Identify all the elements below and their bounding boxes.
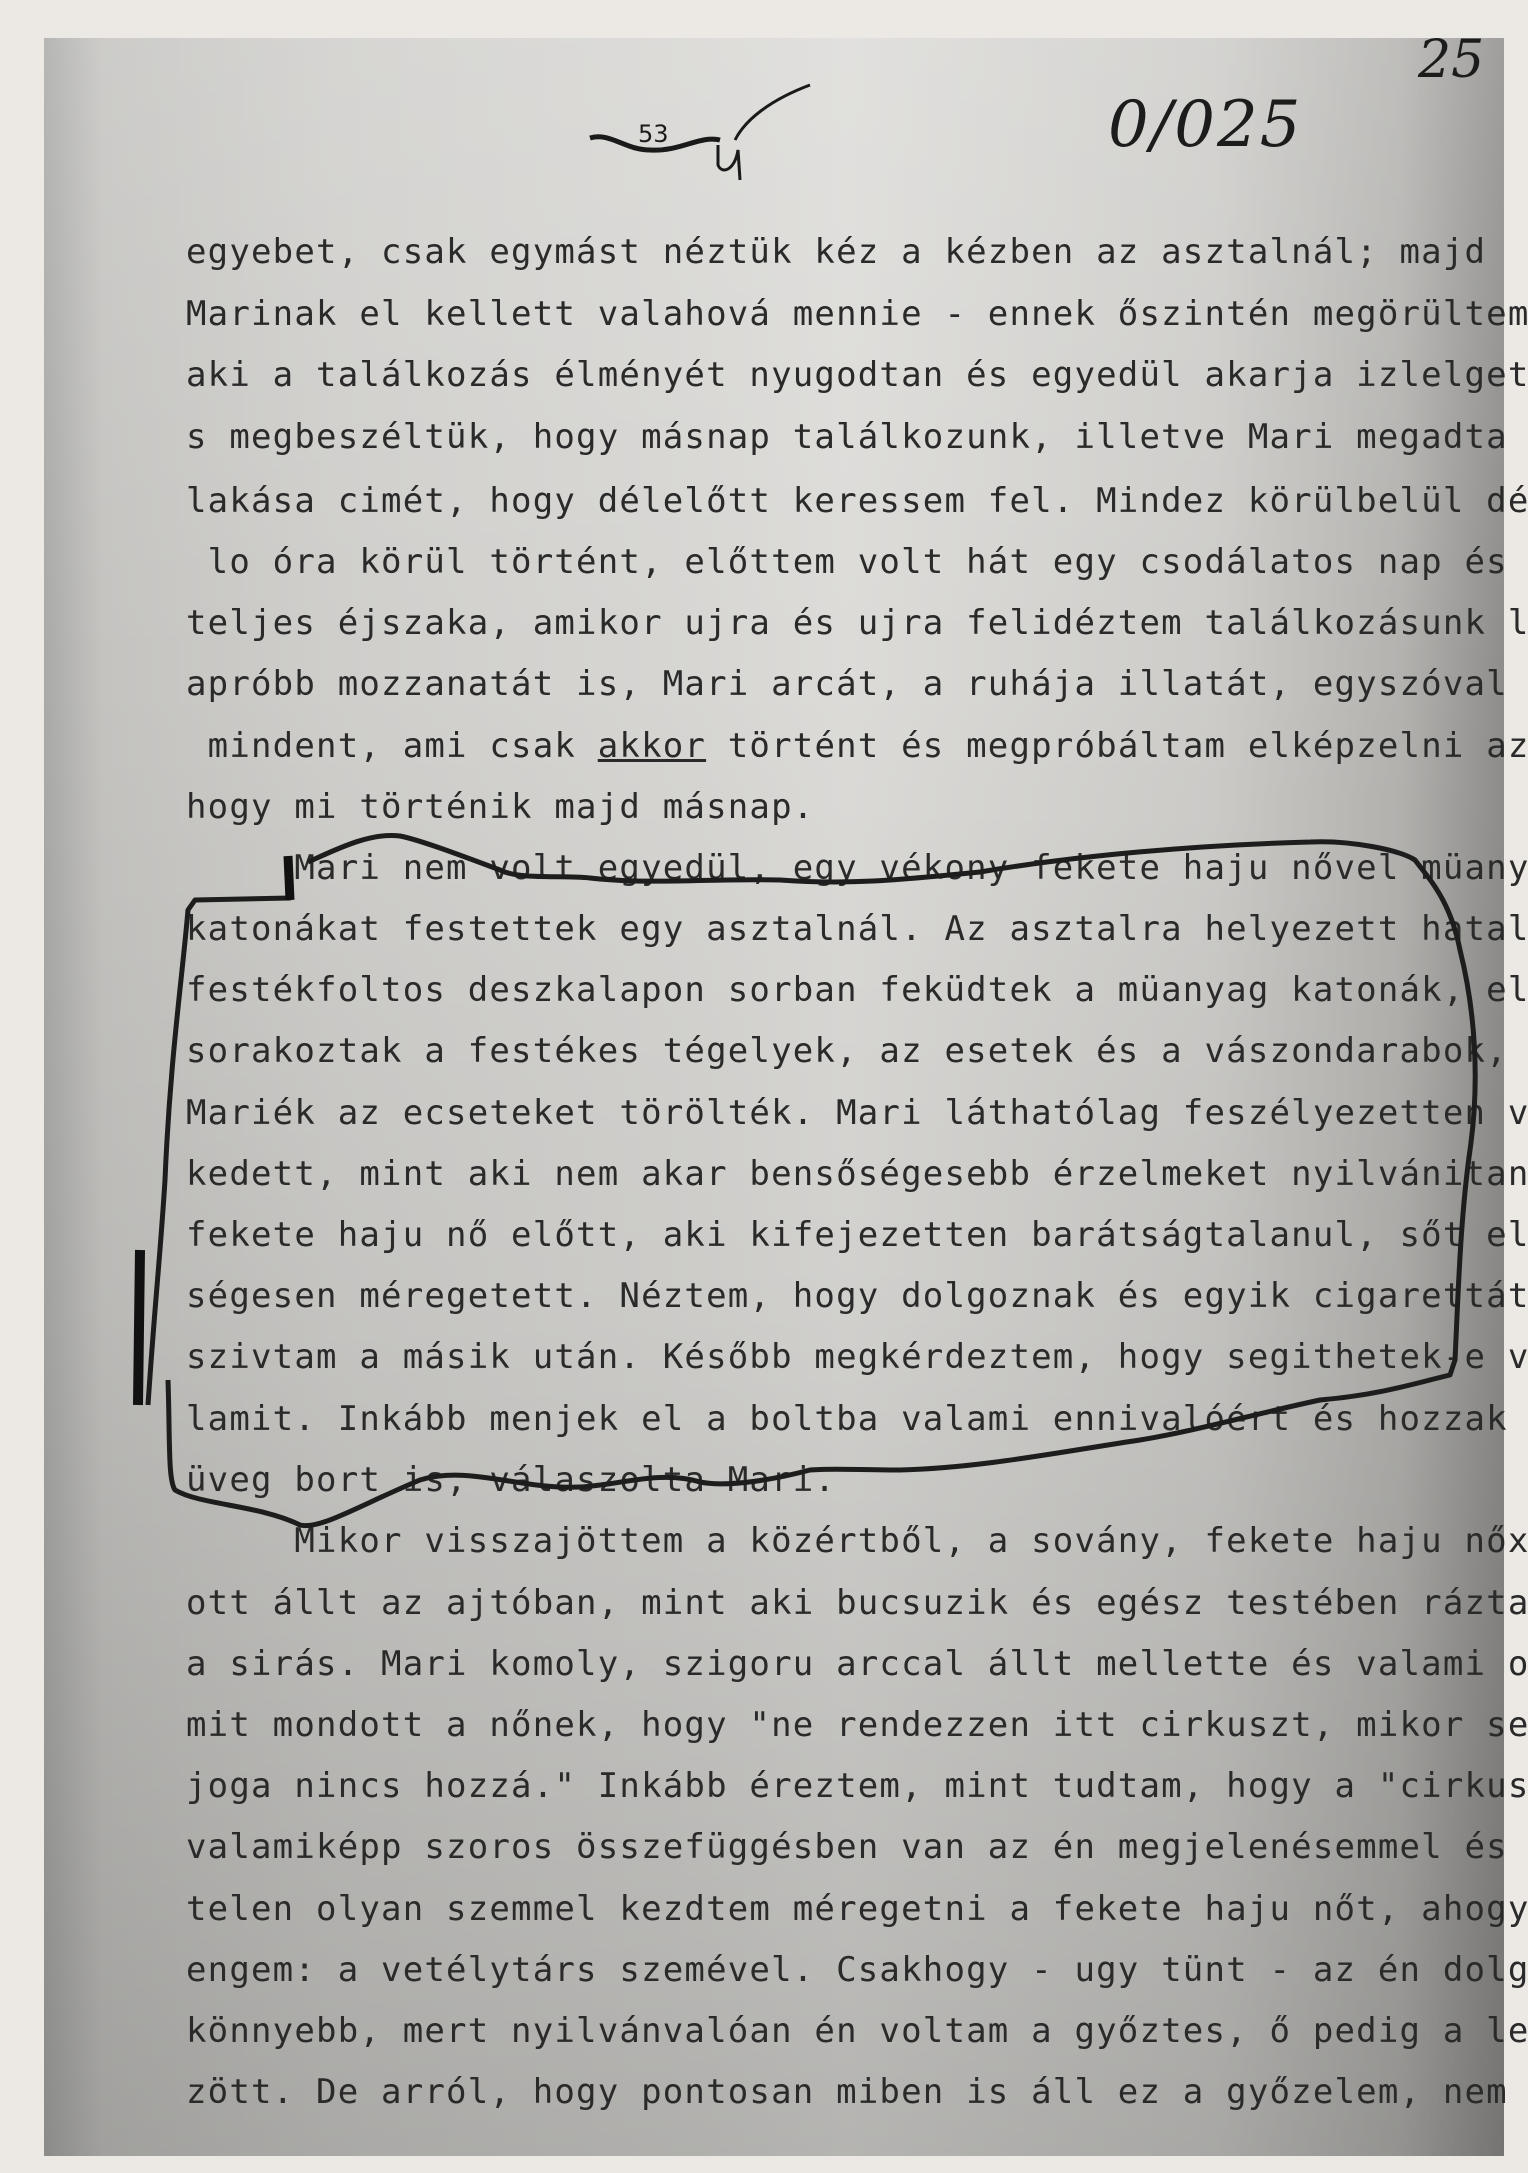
text-line: Marinak el kellett valahová mennie - enn… [186,294,1528,334]
folio-number: 0/025 [1108,88,1302,162]
text-line: s megbeszéltük, hogy másnap találkozunk,… [186,417,1528,457]
text-line: lo óra körül történt, előttem volt hát e… [186,542,1528,582]
text-line: Mari nem volt egyedül, egy vékony fekete… [186,848,1528,888]
text-line: festékfoltos deszkalapon sorban feküdtek… [186,970,1528,1010]
text-line: teljes éjszaka, amikor ujra és ujra feli… [186,603,1528,643]
text-line: lakása cimét, hogy délelőtt keressem fel… [186,481,1528,521]
text-line: zött. De arról, hogy pontosan miben is á… [186,2072,1528,2112]
text-line: mindent, ami csak akkor történt és megpr… [186,726,1528,766]
text-line: fekete haju nő előtt, aki kifejezetten b… [186,1215,1528,1255]
text-line: aki a találkozás élményét nyugodtan és e… [186,355,1528,395]
text-line: Mikor visszajöttem a közértből, a sovány… [186,1521,1528,1561]
text-line: ségesen méregetett. Néztem, hogy dolgozn… [186,1276,1528,1316]
text-line: sorakoztak a festékes tégelyek, az esete… [186,1031,1528,1071]
text-line: üveg bort is, válaszolta Mari. [186,1460,836,1500]
text-line: Mariék az ecseteket törölték. Mari látha… [186,1093,1528,1133]
page-stamp-number: 53 [638,120,669,148]
text-line: a sirás. Mari komoly, szigoru arccal áll… [186,1644,1528,1684]
text-line: ott állt az ajtóban, mint aki bucsuzik é… [186,1583,1528,1623]
text-line: kedett, mint aki nem akar bensőségesebb … [186,1154,1528,1194]
text-line: mit mondott a nőnek, hogy "ne rendezzen … [186,1705,1528,1745]
corner-page-number: 25 [1418,30,1484,90]
text-line: szivtam a másik után. Később megkérdezte… [186,1337,1528,1377]
text-line: joga nincs hozzá." Inkább éreztem, mint … [186,1766,1528,1806]
text-line: lamit. Inkább menjek el a boltba valami … [186,1399,1528,1439]
text-line: katonákat festettek egy asztalnál. Az as… [186,909,1528,949]
text-line: engem: a vetélytárs szemével. Csakhogy -… [186,1950,1528,1990]
text-line: hogy mi történik majd másnap. [186,787,814,827]
text-line: telen olyan szemmel kezdtem méregetni a … [186,1889,1528,1929]
text-line: apróbb mozzanatát is, Mari arcát, a ruhá… [186,664,1508,704]
text-line: könnyebb, mert nyilvánvalóan én voltam a… [186,2011,1528,2051]
text-line: valamiképp szoros összefüggésben van az … [186,1827,1528,1867]
text-line: egyebet, csak egymást néztük kéz a kézbe… [186,232,1486,272]
underlined-word: akkor [598,726,706,766]
